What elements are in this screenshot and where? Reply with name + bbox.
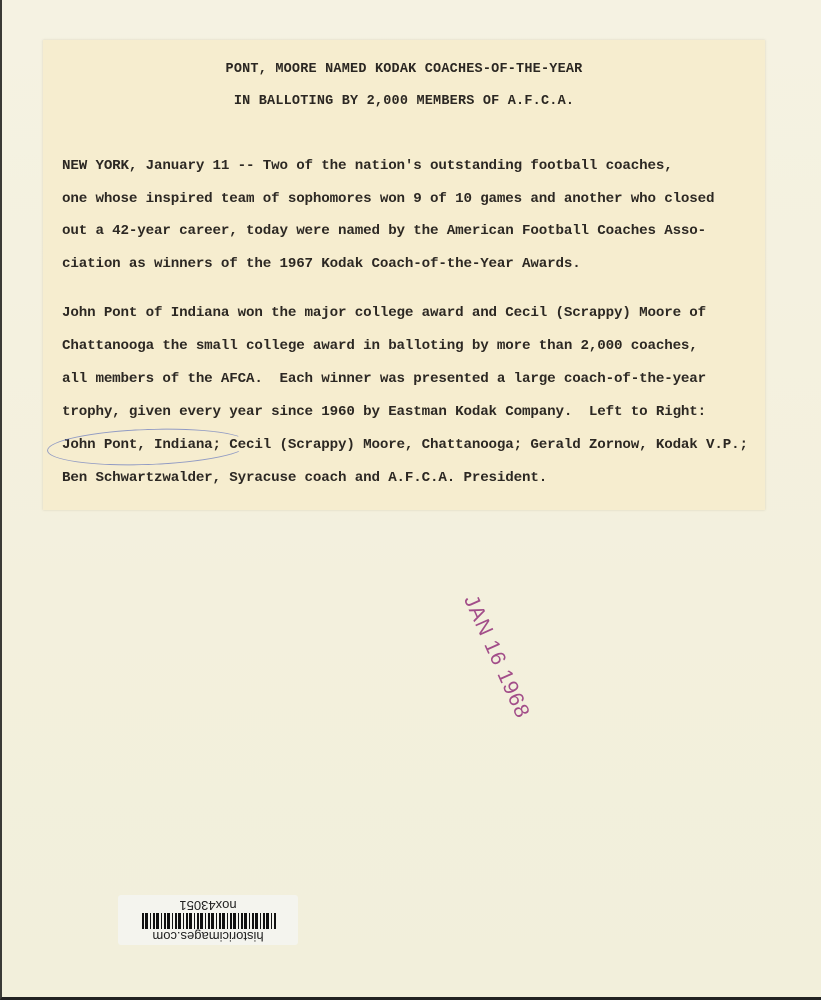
paragraph-1-line: out a 42-year career, today were named b… bbox=[62, 223, 706, 239]
headline-line-1: PONT, MOORE NAMED KODAK COACHES-OF-THE-Y… bbox=[43, 62, 765, 77]
paragraph-2-line: trophy, given every year since 1960 by E… bbox=[62, 404, 706, 420]
label-site: historicimages.com bbox=[118, 929, 298, 944]
ink-circle-mark bbox=[46, 425, 249, 468]
headline-line-2: IN BALLOTING BY 2,000 MEMBERS OF A.F.C.A… bbox=[43, 94, 765, 109]
paragraph-1-line: NEW YORK, January 11 -- Two of the natio… bbox=[62, 158, 673, 174]
paragraph-2-line: John Pont of Indiana won the major colle… bbox=[62, 305, 706, 321]
paragraph-1-line: one whose inspired team of sophomores wo… bbox=[62, 191, 714, 207]
barcode-icon bbox=[140, 913, 276, 929]
paragraph-2-line: all members of the AFCA. Each winner was… bbox=[62, 371, 706, 387]
label-id: nox43051 bbox=[118, 898, 298, 913]
paragraph-2-line: Ben Schwartzwalder, Syracuse coach and A… bbox=[62, 470, 547, 486]
barcode-label: historicimages.com nox43051 bbox=[118, 895, 298, 945]
paragraph-1-line: ciation as winners of the 1967 Kodak Coa… bbox=[62, 256, 581, 272]
paragraph-2-line: Chattanooga the small college award in b… bbox=[62, 338, 698, 354]
caption-sheet: PONT, MOORE NAMED KODAK COACHES-OF-THE-Y… bbox=[43, 40, 765, 510]
